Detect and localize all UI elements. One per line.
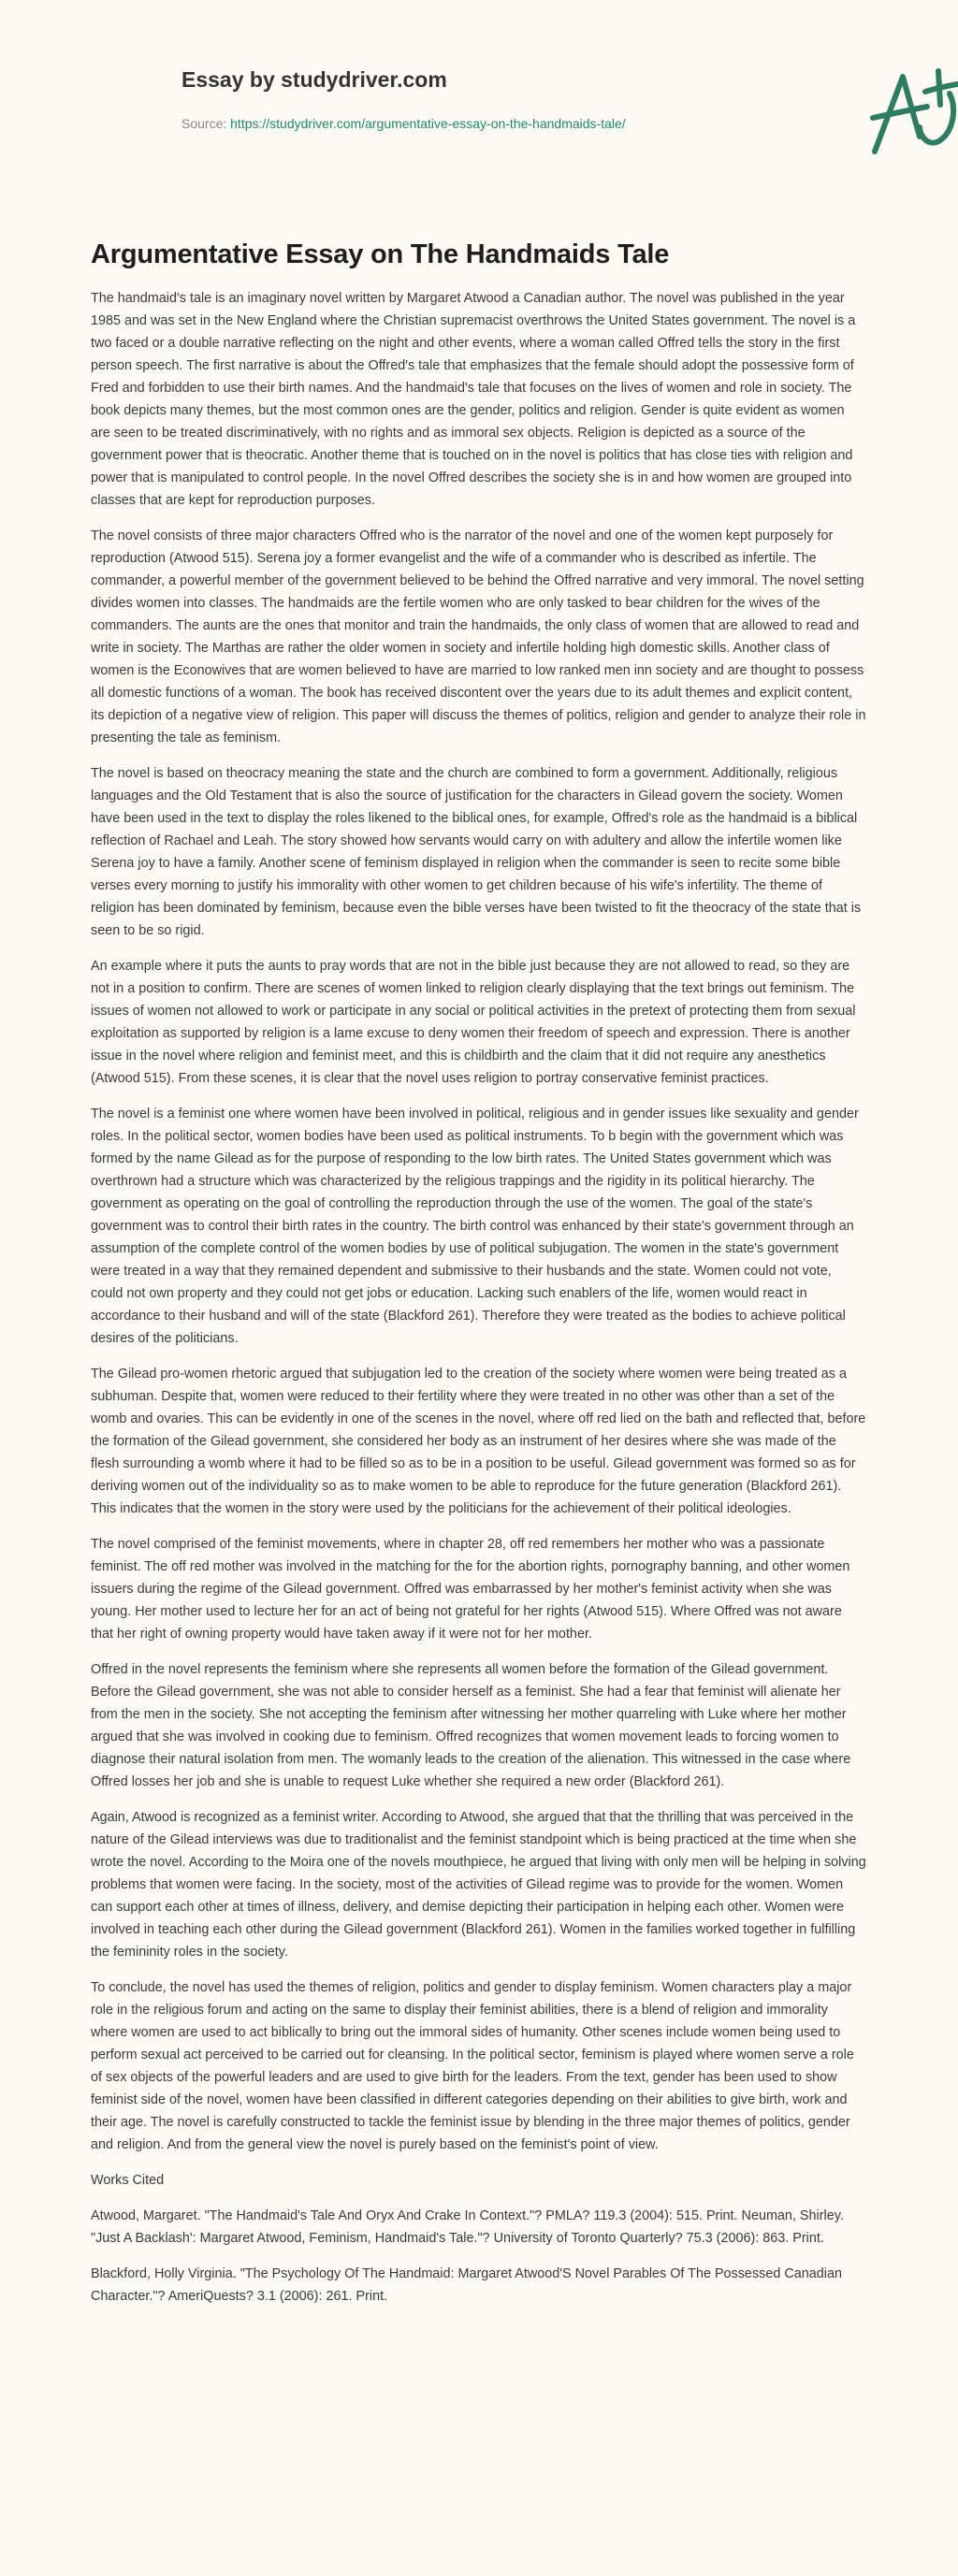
source-line: Source: https://studydriver.com/argument… [181, 116, 626, 131]
essay-paragraph: The handmaid's tale is an imaginary nove… [91, 287, 867, 512]
works-cited-heading: Works Cited [91, 2169, 867, 2192]
essay-title: Argumentative Essay on The Handmaids Tal… [91, 239, 867, 270]
source-link[interactable]: https://studydriver.com/argumentative-es… [230, 116, 626, 131]
essay-content: Argumentative Essay on The Handmaids Tal… [91, 187, 867, 2308]
citation: Atwood, Margaret. "The Handmaid's Tale A… [91, 2205, 867, 2250]
a-plus-logo-icon [862, 62, 958, 165]
essay-paragraph: To conclude, the novel has used the them… [91, 1976, 867, 2156]
citation: Blackford, Holly Virginia. "The Psycholo… [91, 2263, 867, 2308]
essay-paragraph: The novel consists of three major charac… [91, 525, 867, 749]
essay-paragraph: The Gilead pro-women rhetoric argued tha… [91, 1363, 867, 1520]
essay-paragraph: The novel is a feminist one where women … [91, 1103, 867, 1350]
site-title: Essay by studydriver.com [181, 67, 447, 93]
essay-paragraph: Offred in the novel represents the femin… [91, 1658, 867, 1793]
header: Essay by studydriver.com Source: https:/… [91, 0, 867, 187]
essay-paragraph: Again, Atwood is recognized as a feminis… [91, 1806, 867, 1963]
essay-paragraph: The novel is based on theocracy meaning … [91, 762, 867, 942]
page: Essay by studydriver.com Source: https:/… [0, 0, 958, 2308]
source-label: Source: [181, 116, 226, 131]
essay-paragraph: The novel comprised of the feminist move… [91, 1533, 867, 1645]
essay-paragraph: An example where it puts the aunts to pr… [91, 955, 867, 1090]
